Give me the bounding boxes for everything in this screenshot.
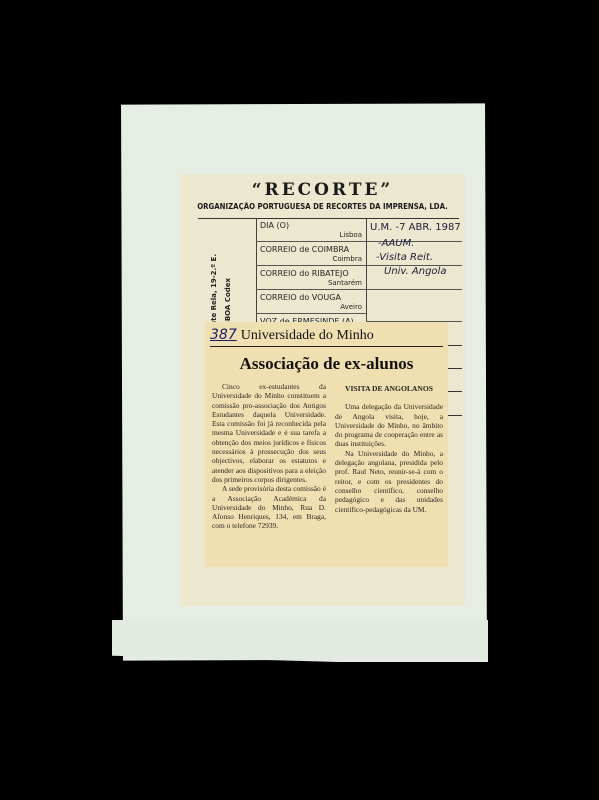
divider (448, 368, 462, 369)
recorte-subtitle: ORGANIZAÇÃO PORTUGUESA DE RECORTES DA IM… (191, 202, 453, 211)
clipping-number: 387 (210, 327, 237, 343)
newspaper-row: DIA (O) Lisboa (256, 218, 366, 242)
divider (448, 391, 462, 392)
newspaper-row: CORREIO do RIBATEJO Santarém (256, 266, 366, 290)
divider (366, 289, 462, 290)
handwritten-note: -AAUM. (378, 238, 414, 249)
recorte-title: “RECORTE” (180, 180, 465, 200)
handwritten-note: Univ. Angola (384, 266, 446, 277)
newspaper-row: CORREIO do VOUGA Aveiro (256, 290, 366, 314)
clipping-header: 387 Universidade do Minho (210, 326, 443, 347)
headline: Associação de ex-alunos (205, 354, 448, 374)
section-title: Universidade do Minho (241, 328, 374, 343)
card-fold (112, 620, 488, 662)
divider (448, 415, 462, 416)
article-column-2: VISITA DE ANGOLANOS Uma delegação da Uni… (335, 384, 443, 514)
subheading: VISITA DE ANGOLANOS (335, 384, 443, 393)
divider (448, 345, 462, 346)
article-column-1: Cinco ex-estudantes da Universidade do M… (212, 382, 326, 531)
handwritten-note: -Visita Reit. (376, 252, 433, 263)
newspaper-clipping: 387 Universidade do Minho Associação de … (205, 322, 448, 567)
date-stamp: U.M. -7 ABR. 1987 (370, 222, 461, 233)
newspaper-row: CORREIO de COIMBRA Coimbra (256, 242, 366, 266)
